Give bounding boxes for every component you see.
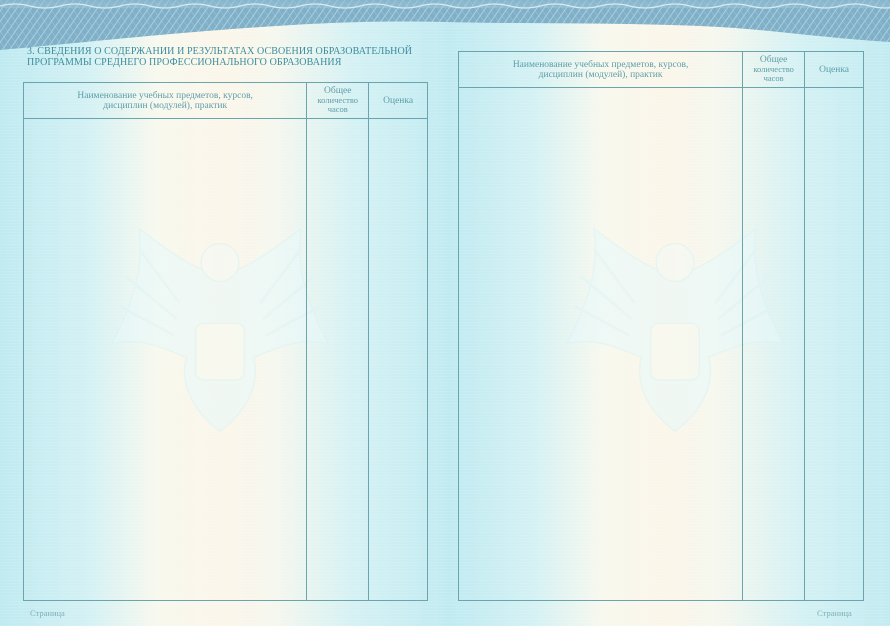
table-row [24,119,428,601]
guilloche-banner [0,0,890,60]
table-header-row: Наименование учебных предметов, курсов, … [24,83,428,119]
subject-name-cell[interactable] [459,88,743,601]
header-total-hours: Общее количество часов [307,83,369,119]
table-row [459,88,864,601]
grade-cell[interactable] [805,88,864,601]
page-label: Страница [817,608,852,618]
header-grade: Оценка [369,83,428,119]
left-page: 3. СВЕДЕНИЯ О СОДЕРЖАНИИ И РЕЗУЛЬТАТАХ О… [0,0,445,626]
diploma-supplement-spread: 3. СВЕДЕНИЯ О СОДЕРЖАНИИ И РЕЗУЛЬТАТАХ О… [0,0,890,626]
subjects-table-left: Наименование учебных предметов, курсов, … [23,82,428,601]
subjects-table-right: Наименование учебных предметов, курсов, … [458,51,864,601]
right-page: Наименование учебных предметов, курсов, … [445,0,890,626]
page-label: Страница [30,608,65,618]
header-subject-name: Наименование учебных предметов, курсов, … [24,83,307,119]
hours-cell[interactable] [743,88,805,601]
subject-name-cell[interactable] [24,119,307,601]
hours-cell[interactable] [307,119,369,601]
grade-cell[interactable] [369,119,428,601]
